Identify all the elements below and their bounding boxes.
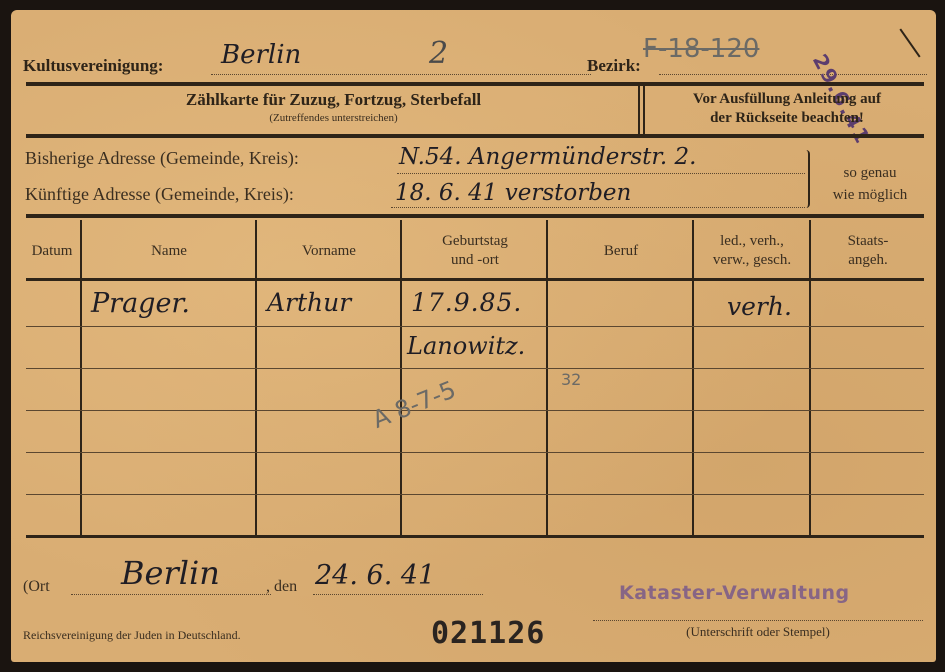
kultus-dotted-line [211, 74, 591, 75]
col-header-staatsangehoerigkeit: Staats- angeh. [811, 232, 925, 270]
title-rule [26, 134, 924, 138]
col-header-datum: Datum [23, 242, 81, 261]
instruction-line-2: der Rückseite beachten! [647, 109, 927, 128]
card-title: Zählkarte für Zuzug, Fortzug, Sterbefall [26, 90, 641, 110]
ort-dotted-line [71, 594, 271, 595]
cell-vorname: Arthur [267, 288, 351, 317]
col-divider-3 [400, 220, 402, 536]
kultus-number: 2 [429, 36, 448, 71]
col-header-familienstand-line1: led., verh., [695, 232, 809, 251]
address-precision-note: so genau wie möglich [815, 162, 925, 206]
previous-address-line [397, 173, 805, 174]
row-line-4 [26, 452, 924, 453]
instruction-line-1: Vor Ausfüllung Anleitung auf [647, 90, 927, 109]
header-rule [26, 82, 924, 86]
bezirk-value: F-18-120 [643, 34, 759, 64]
col-header-familienstand: led., verh., verw., gesch. [695, 232, 809, 270]
future-address-value: 18. 6. 41 verstorben [395, 180, 631, 206]
date-value: 24. 6. 41 [315, 560, 435, 591]
ort-value: Berlin [121, 554, 220, 592]
col-divider-1 [80, 220, 82, 536]
address-bracket [806, 150, 810, 208]
previous-address-value: N.54. Angermünderstr. 2. [399, 144, 696, 170]
instruction-note: Vor Ausfüllung Anleitung auf der Rücksei… [647, 90, 927, 128]
row-line-2 [26, 368, 924, 369]
address-rule [26, 214, 924, 218]
col-header-beruf: Beruf [549, 242, 693, 261]
row-line-3 [26, 410, 924, 411]
ort-label: (Ort [23, 578, 50, 596]
bezirk-label: Bezirk: [587, 56, 641, 76]
kultus-value: Berlin [221, 40, 301, 70]
census-card: Kultusvereinigung: Berlin 2 Bezirk: F-18… [11, 10, 936, 662]
corner-mark [899, 29, 920, 58]
col-header-staats-line2: angeh. [811, 251, 925, 270]
office-stamp: Kataster-Verwaltung [619, 582, 850, 604]
previous-address-label: Bisherige Adresse (Gemeinde, Kreis): [25, 148, 299, 169]
cell-geburtstag: 17.9.85. [411, 288, 522, 317]
future-address-label: Künftige Adresse (Gemeinde, Kreis): [25, 184, 294, 205]
title-divider-2 [643, 86, 645, 134]
table-bottom-rule [26, 535, 924, 538]
col-header-geburtstag-line1: Geburtstag [403, 232, 547, 251]
col-divider-5 [692, 220, 694, 536]
col-header-familienstand-line2: verw., gesch. [695, 251, 809, 270]
col-divider-2 [255, 220, 257, 536]
card-subtitle: (Zutreffendes unterstreichen) [26, 112, 641, 124]
signature-dotted-line [593, 620, 923, 621]
cell-familienstand: verh. [727, 292, 792, 321]
table-header-rule [26, 278, 924, 281]
future-address-line [391, 207, 805, 208]
row-line-1 [26, 326, 924, 327]
col-header-geburtstag-line2: und -ort [403, 251, 547, 270]
title-divider-1 [638, 86, 640, 134]
col-header-geburtstag: Geburtstag und -ort [403, 232, 547, 270]
note-line-1: so genau [815, 162, 925, 184]
col-header-staats-line1: Staats- [811, 232, 925, 251]
cell-name: Prager. [91, 288, 190, 319]
row-line-5 [26, 494, 924, 495]
pencil-reference-extra: 32 [561, 370, 581, 389]
organization-name: Reichsvereinigung der Juden in Deutschla… [23, 628, 241, 643]
kultus-label: Kultusvereinigung: [23, 56, 163, 76]
col-header-vorname: Vorname [257, 242, 401, 261]
serial-number: 021126 [431, 616, 545, 651]
col-divider-4 [546, 220, 548, 536]
pencil-reference-note: A 8-7-5 [369, 375, 460, 434]
bezirk-dotted-line [659, 74, 927, 75]
cell-geburtsort: Lanowitz. [407, 332, 525, 360]
signature-label: (Unterschrift oder Stempel) [593, 624, 923, 640]
den-label: , den [266, 578, 297, 596]
col-header-name: Name [83, 242, 255, 261]
col-divider-6 [809, 220, 811, 536]
note-line-2: wie möglich [815, 184, 925, 206]
date-dotted-line [313, 594, 483, 595]
